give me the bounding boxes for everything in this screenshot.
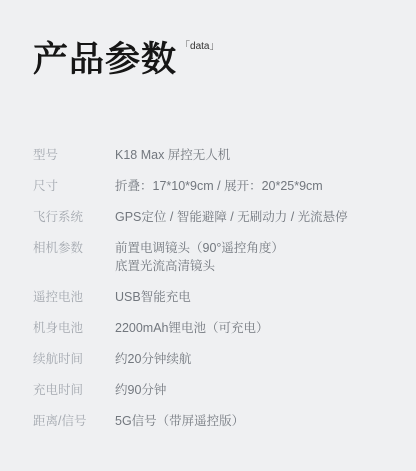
spec-value: K18 Max 屏控无人机 [115, 146, 386, 164]
spec-value: USB智能充电 [115, 288, 386, 306]
spec-value: GPS定位 / 智能避障 / 无刷动力 / 光流悬停 [115, 208, 386, 226]
page-title-text: 产品参数 [33, 40, 177, 79]
page-title-superscript: 「data」 [180, 41, 219, 53]
spec-row: 飞行系统GPS定位 / 智能避障 / 无刷动力 / 光流悬停 [33, 208, 386, 226]
spec-value: 约20分钟续航 [115, 350, 386, 368]
spec-label: 相机参数 [33, 239, 115, 257]
spec-row: 型号K18 Max 屏控无人机 [33, 146, 386, 164]
product-specs-page: 产品参数「data」 型号K18 Max 屏控无人机尺寸折叠：17*10*9cm… [0, 0, 416, 471]
spec-row: 续航时间约20分钟续航 [33, 350, 386, 368]
spec-label: 充电时间 [33, 381, 115, 399]
spec-row: 相机参数前置电调镜头（90°遥控角度） 底置光流高清镜头 [33, 239, 386, 275]
spec-row: 距离/信号5G信号（带屏遥控版） [33, 412, 386, 430]
spec-label: 遥控电池 [33, 288, 115, 306]
spec-row: 遥控电池USB智能充电 [33, 288, 386, 306]
spec-row: 充电时间约90分钟 [33, 381, 386, 399]
spec-row: 机身电池2200mAh锂电池（可充电） [33, 319, 386, 337]
spec-value: 前置电调镜头（90°遥控角度） 底置光流高清镜头 [115, 239, 386, 275]
spec-label: 飞行系统 [33, 208, 115, 226]
spec-row: 尺寸折叠：17*10*9cm / 展开：20*25*9cm [33, 177, 386, 195]
spec-value: 折叠：17*10*9cm / 展开：20*25*9cm [115, 177, 386, 195]
spec-label: 距离/信号 [33, 412, 115, 430]
spec-value: 2200mAh锂电池（可充电） [115, 319, 386, 337]
spec-value: 5G信号（带屏遥控版） [115, 412, 386, 430]
spec-label: 尺寸 [33, 177, 115, 195]
spec-table: 型号K18 Max 屏控无人机尺寸折叠：17*10*9cm / 展开：20*25… [33, 146, 386, 430]
spec-value: 约90分钟 [115, 381, 386, 399]
spec-label: 型号 [33, 146, 115, 164]
spec-label: 续航时间 [33, 350, 115, 368]
page-title: 产品参数「data」 [33, 0, 386, 82]
spec-label: 机身电池 [33, 319, 115, 337]
